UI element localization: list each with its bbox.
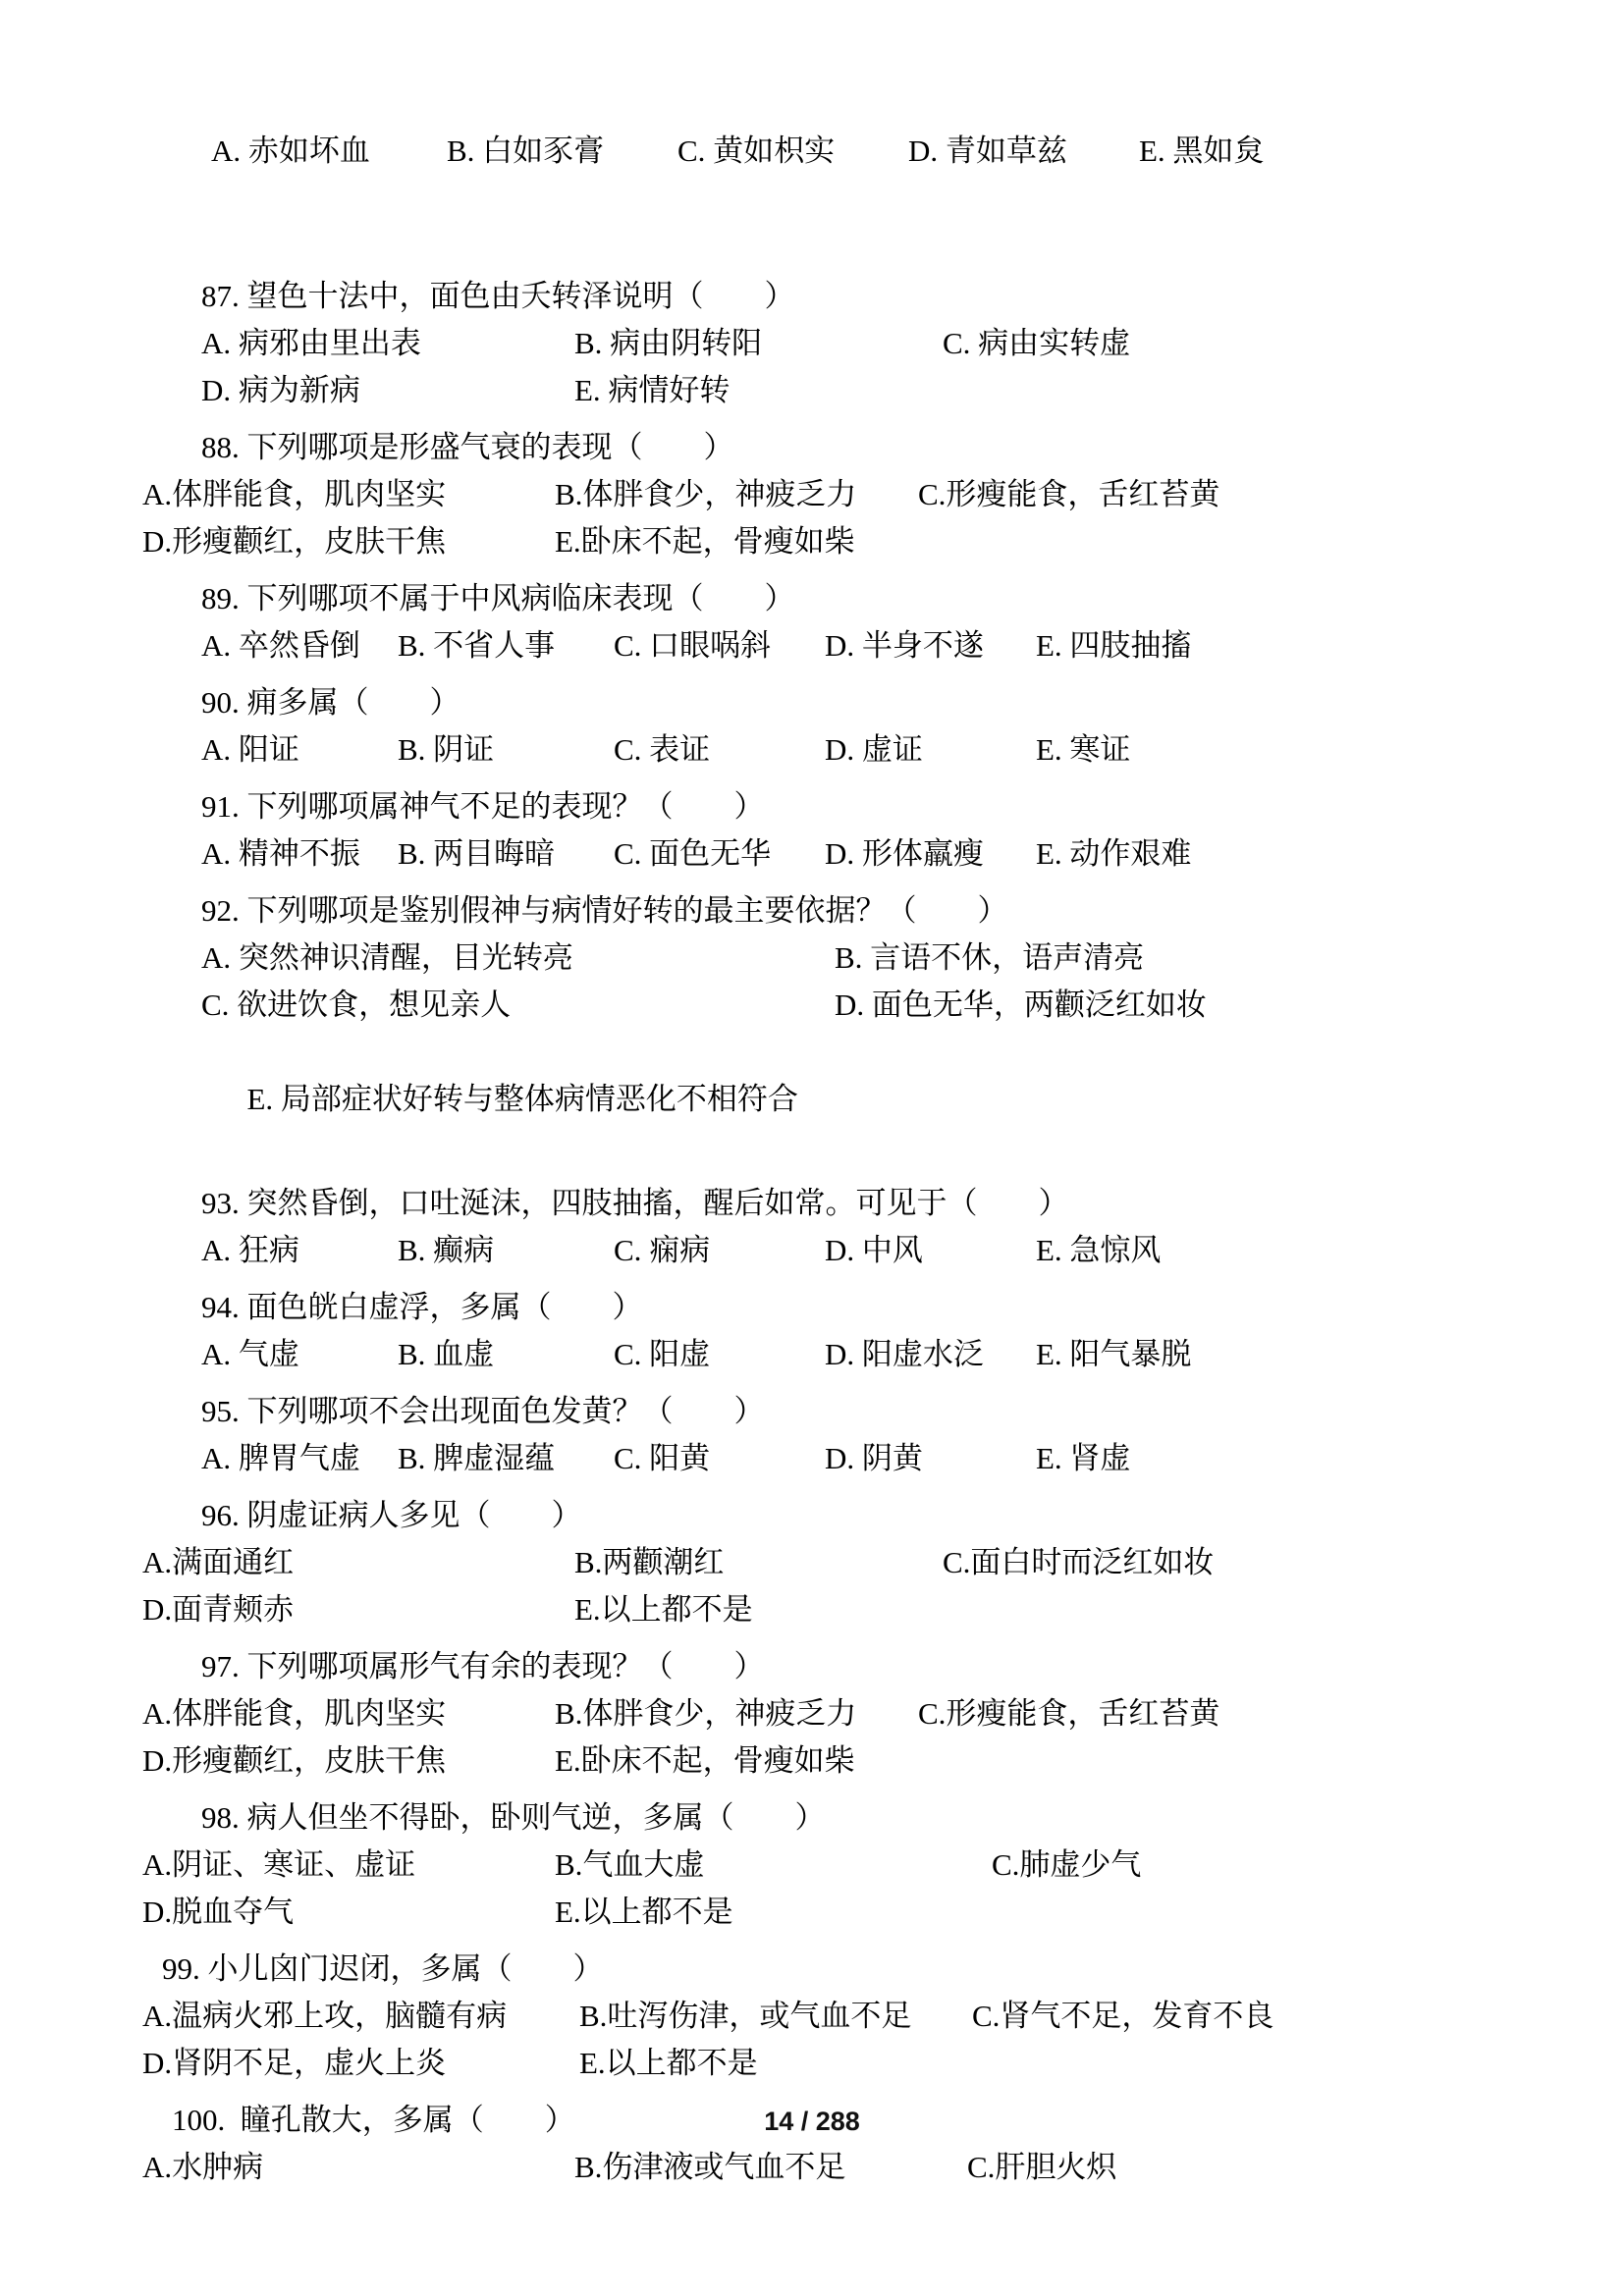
option-e: E.卧床不起，骨瘦如柴 <box>555 518 1555 565</box>
option-e: E. 病情好转 <box>574 367 1555 414</box>
question-93: 93. 突然昏倒，口吐涎沫，四肢抽搐，醒后如常。可见于（ ） A. 狂病 B. … <box>142 1180 1555 1274</box>
option-b: B. 言语不休，语声清亮 <box>835 934 1555 982</box>
option-b: B. 脾虚湿蕴 <box>398 1435 614 1482</box>
option-d: D. 形体羸瘦 <box>825 830 1036 878</box>
options-row: D.脱血夺气 E.以上都不是 <box>142 1889 1555 1936</box>
options-row: A.水肿病 B.伤津液或气血不足 C.肝胆火炽 <box>142 2144 1555 2191</box>
option-e: E. 肾虚 <box>1036 1435 1555 1482</box>
page-number: 14 / 288 <box>0 2107 1624 2137</box>
options-row: A.阴证、寒证、虚证 B.气血大虚 C.肺虚少气 <box>142 1842 1555 1889</box>
option-b: B.体胖食少，神疲乏力 <box>555 1690 918 1737</box>
option-a: A. 赤如坏血 <box>211 128 447 175</box>
options-row: A. 病邪由里出表 B. 病由阴转阳 C. 病由实转虚 <box>201 320 1555 367</box>
option-e: E.卧床不起，骨瘦如柴 <box>555 1737 1555 1785</box>
option-e: E. 急惊风 <box>1036 1227 1555 1274</box>
options-row: C. 欲进饮食，想见亲人 D. 面色无华，两颧泛红如妆 <box>201 982 1555 1029</box>
question-title: 94. 面色㿠白虚浮，多属（ ） <box>201 1284 1555 1331</box>
option-a: A.满面通红 <box>142 1539 574 1586</box>
option-e: E. 黑如炱 <box>1139 128 1555 175</box>
option-d: D.脱血夺气 <box>142 1889 555 1936</box>
option-b: B. 白如豕膏 <box>447 128 677 175</box>
option-c: C. 病由实转虚 <box>943 320 1555 367</box>
option-a: A.体胖能食，肌肉坚实 <box>142 471 555 518</box>
question-title: 93. 突然昏倒，口吐涎沫，四肢抽搐，醒后如常。可见于（ ） <box>201 1180 1555 1227</box>
question-91: 91. 下列哪项属神气不足的表现？（ ） A. 精神不振 B. 两目晦暗 C. … <box>142 783 1555 878</box>
question-title: 95. 下列哪项不会出现面色发黄？（ ） <box>201 1388 1555 1435</box>
option-b: B. 癫病 <box>398 1227 614 1274</box>
question-96: 96. 阴虚证病人多见（ ） A.满面通红 B.两颧潮红 C.面白时而泛红如妆 … <box>142 1492 1555 1633</box>
option-c: C.肝胆火炽 <box>967 2144 1555 2191</box>
option-c: C.形瘦能食，舌红苔黄 <box>918 1690 1555 1737</box>
option-a: A.阴证、寒证、虚证 <box>142 1842 555 1889</box>
option-c: C. 面色无华 <box>614 830 825 878</box>
option-d: D.肾阴不足，虚火上炎 <box>142 2040 579 2087</box>
option-e: E. 局部症状好转与整体病情恶化不相符合 <box>247 1082 798 1116</box>
option-c: C. 表证 <box>614 726 825 774</box>
options-row: D. 病为新病 E. 病情好转 <box>201 367 1555 414</box>
option-e: E. 四肢抽搐 <box>1036 622 1555 669</box>
option-d: D. 青如草兹 <box>908 128 1139 175</box>
options-row: E. 局部症状好转与整体病情恶化不相符合 <box>201 1029 1555 1170</box>
option-d: D. 虚证 <box>825 726 1036 774</box>
option-d: D.形瘦颧红，皮肤干焦 <box>142 518 555 565</box>
option-a: A. 精神不振 <box>201 830 398 878</box>
question-92: 92. 下列哪项是鉴别假神与病情好转的最主要依据？（ ） A. 突然神识清醒，目… <box>142 887 1555 1170</box>
question-97: 97. 下列哪项属形气有余的表现？（ ） A.体胖能食，肌肉坚实 B.体胖食少，… <box>142 1643 1555 1785</box>
question-title: 90. 痈多属（ ） <box>201 679 1555 726</box>
option-d: D.形瘦颧红，皮肤干焦 <box>142 1737 555 1785</box>
option-c: C. 阳黄 <box>614 1435 825 1482</box>
question-90: 90. 痈多属（ ） A. 阳证 B. 阴证 C. 表证 D. 虚证 E. 寒证 <box>142 679 1555 774</box>
options-row: A. 卒然昏倒 B. 不省人事 C. 口眼㖞斜 D. 半身不遂 E. 四肢抽搐 <box>201 622 1555 669</box>
options-row: A.体胖能食，肌肉坚实 B.体胖食少，神疲乏力 C.形瘦能食，舌红苔黄 <box>142 471 1555 518</box>
option-b: B. 血虚 <box>398 1331 614 1378</box>
option-a: A. 卒然昏倒 <box>201 622 398 669</box>
option-d: D. 中风 <box>825 1227 1036 1274</box>
option-e: E.以上都不是 <box>555 1889 1555 1936</box>
option-c: C.肾气不足，发育不良 <box>972 1993 1555 2040</box>
option-b: B.体胖食少，神疲乏力 <box>555 471 918 518</box>
options-row: D.肾阴不足，虚火上炎 E.以上都不是 <box>142 2040 1555 2087</box>
option-e: E.以上都不是 <box>579 2040 1555 2087</box>
option-b: B.两颧潮红 <box>574 1539 943 1586</box>
question-title: 97. 下列哪项属形气有余的表现？（ ） <box>201 1643 1555 1690</box>
question-title: 88. 下列哪项是形盛气衰的表现（ ） <box>201 424 1555 471</box>
option-a: A. 突然神识清醒，目光转亮 <box>201 934 835 982</box>
question-95: 95. 下列哪项不会出现面色发黄？（ ） A. 脾胃气虚 B. 脾虚湿蕴 C. … <box>142 1388 1555 1482</box>
question-title: 92. 下列哪项是鉴别假神与病情好转的最主要依据？（ ） <box>201 887 1555 934</box>
option-d: D. 病为新病 <box>201 367 574 414</box>
option-a: A. 阳证 <box>201 726 398 774</box>
options-row: A.满面通红 B.两颧潮红 C.面白时而泛红如妆 <box>142 1539 1555 1586</box>
option-a: A.水肿病 <box>142 2144 574 2191</box>
option-b: B.吐泻伤津，或气血不足 <box>579 1993 972 2040</box>
options-row: D.形瘦颧红，皮肤干焦 E.卧床不起，骨瘦如柴 <box>142 518 1555 565</box>
question-87: 87. 望色十法中，面色由夭转泽说明（ ） A. 病邪由里出表 B. 病由阴转阳… <box>142 273 1555 414</box>
options-row: A. 精神不振 B. 两目晦暗 C. 面色无华 D. 形体羸瘦 E. 动作艰难 <box>201 830 1555 878</box>
options-row: A.体胖能食，肌肉坚实 B.体胖食少，神疲乏力 C.形瘦能食，舌红苔黄 <box>142 1690 1555 1737</box>
option-d: D. 阴黄 <box>825 1435 1036 1482</box>
options-row: A. 脾胃气虚 B. 脾虚湿蕴 C. 阳黄 D. 阴黄 E. 肾虚 <box>201 1435 1555 1482</box>
option-c: C. 痫病 <box>614 1227 825 1274</box>
question-94: 94. 面色㿠白虚浮，多属（ ） A. 气虚 B. 血虚 C. 阳虚 D. 阳虚… <box>142 1284 1555 1378</box>
option-c: C.形瘦能食，舌红苔黄 <box>918 471 1555 518</box>
option-c: C. 口眼㖞斜 <box>614 622 825 669</box>
option-b: B.气血大虚 <box>555 1842 992 1889</box>
options-row: A. 突然神识清醒，目光转亮 B. 言语不休，语声清亮 <box>201 934 1555 982</box>
question-title: 99. 小儿囟门迟闭，多属（ ） <box>162 1946 1555 1993</box>
question-title: 89. 下列哪项不属于中风病临床表现（ ） <box>201 575 1555 622</box>
options-row: A.温病火邪上攻，脑髓有病 B.吐泻伤津，或气血不足 C.肾气不足，发育不良 <box>142 1993 1555 2040</box>
option-b: B.伤津液或气血不足 <box>574 2144 967 2191</box>
options-row: D.形瘦颧红，皮肤干焦 E.卧床不起，骨瘦如柴 <box>142 1737 1555 1785</box>
option-b: B. 阴证 <box>398 726 614 774</box>
question-title: 91. 下列哪项属神气不足的表现？（ ） <box>201 783 1555 830</box>
question-title: 87. 望色十法中，面色由夭转泽说明（ ） <box>201 273 1555 320</box>
question-title: 98. 病人但坐不得卧，卧则气逆，多属（ ） <box>201 1794 1555 1842</box>
option-c: C. 阳虚 <box>614 1331 825 1378</box>
option-b: B. 两目晦暗 <box>398 830 614 878</box>
question-89: 89. 下列哪项不属于中风病临床表现（ ） A. 卒然昏倒 B. 不省人事 C.… <box>142 575 1555 669</box>
question-86-options-row: A. 赤如坏血 B. 白如豕膏 C. 黄如枳实 D. 青如草兹 E. 黑如炱 <box>211 128 1555 175</box>
option-a: A.温病火邪上攻，脑髓有病 <box>142 1993 579 2040</box>
option-a: A. 狂病 <box>201 1227 398 1274</box>
options-row: D.面青颊赤 E.以上都不是 <box>142 1586 1555 1633</box>
option-c: C.肺虚少气 <box>992 1842 1555 1889</box>
options-row: A. 阳证 B. 阴证 C. 表证 D. 虚证 E. 寒证 <box>201 726 1555 774</box>
option-a: A. 脾胃气虚 <box>201 1435 398 1482</box>
option-c: C. 黄如枳实 <box>677 128 908 175</box>
option-d: D. 半身不遂 <box>825 622 1036 669</box>
options-row: A. 狂病 B. 癫病 C. 痫病 D. 中风 E. 急惊风 <box>201 1227 1555 1274</box>
question-98: 98. 病人但坐不得卧，卧则气逆，多属（ ） A.阴证、寒证、虚证 B.气血大虚… <box>142 1794 1555 1936</box>
options-row: A. 气虚 B. 血虚 C. 阳虚 D. 阳虚水泛 E. 阳气暴脱 <box>201 1331 1555 1378</box>
option-e: E. 阳气暴脱 <box>1036 1331 1555 1378</box>
option-b: B. 不省人事 <box>398 622 614 669</box>
option-b: B. 病由阴转阳 <box>574 320 943 367</box>
option-c: C. 欲进饮食，想见亲人 <box>201 982 835 1029</box>
option-a: A.体胖能食，肌肉坚实 <box>142 1690 555 1737</box>
question-99: 99. 小儿囟门迟闭，多属（ ） A.温病火邪上攻，脑髓有病 B.吐泻伤津，或气… <box>142 1946 1555 2087</box>
question-88: 88. 下列哪项是形盛气衰的表现（ ） A.体胖能食，肌肉坚实 B.体胖食少，神… <box>142 424 1555 565</box>
option-d: D.面青颊赤 <box>142 1586 574 1633</box>
option-d: D. 阳虚水泛 <box>825 1331 1036 1378</box>
question-title: 96. 阴虚证病人多见（ ） <box>201 1492 1555 1539</box>
option-c: C.面白时而泛红如妆 <box>943 1539 1555 1586</box>
option-d: D. 面色无华，两颧泛红如妆 <box>835 982 1555 1029</box>
option-e: E. 寒证 <box>1036 726 1555 774</box>
option-e: E.以上都不是 <box>574 1586 1555 1633</box>
document-page: A. 赤如坏血 B. 白如豕膏 C. 黄如枳实 D. 青如草兹 E. 黑如炱 8… <box>0 0 1624 2191</box>
option-e: E. 动作艰难 <box>1036 830 1555 878</box>
option-a: A. 病邪由里出表 <box>201 320 574 367</box>
option-a: A. 气虚 <box>201 1331 398 1378</box>
